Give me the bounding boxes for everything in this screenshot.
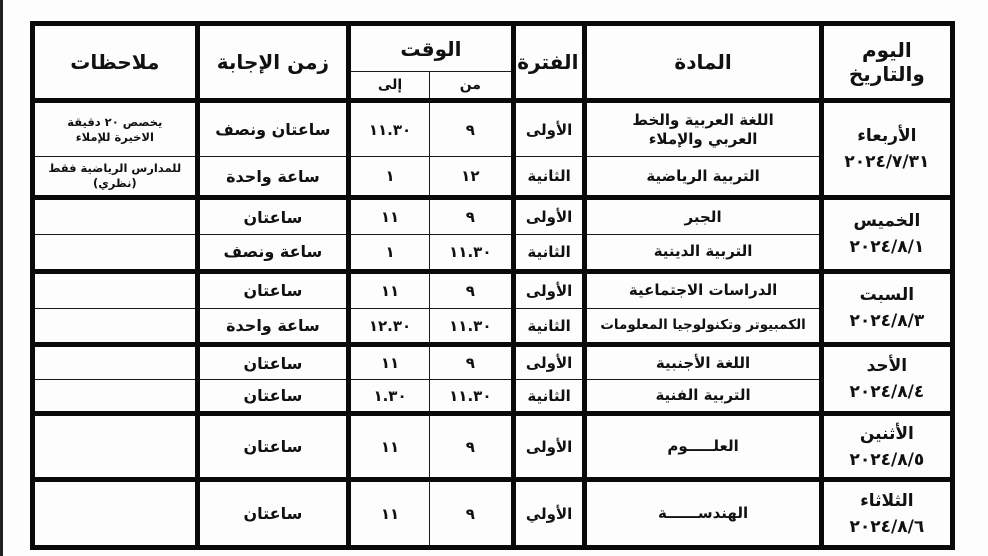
period-cell: الأولى	[513, 413, 585, 479]
duration-cell: ساعتان	[197, 480, 348, 548]
exam-schedule-table: اليوم والتاريخ المادة الفترة الوقت زمن ا…	[30, 21, 955, 550]
note-cell	[33, 480, 198, 548]
header-period: الفترة	[513, 24, 585, 101]
subject-cell: اللغة الأجنبية	[585, 345, 821, 380]
duration-cell: ساعتان	[197, 413, 348, 479]
day-cell: الأثنين٢٠٢٤/٨/٥	[821, 413, 952, 479]
table-row: الأثنين٢٠٢٤/٨/٥ العلـــــوم الأولى ٩ ١١ …	[33, 413, 953, 479]
subject-cell: الكمبيوتر وتكنولوجيا المعلومات	[585, 308, 821, 345]
header-time: الوقت	[349, 24, 514, 72]
from-cell: ٩	[429, 101, 513, 157]
table-row: التربية الرياضية الثانية ١٢ ١ ساعة واحدة…	[33, 157, 953, 198]
subject-cell: التربية الفنية	[585, 380, 821, 414]
table-row: السبت٢٠٢٤/٨/٣ الدراسات الاجتماعية الأولى…	[33, 271, 953, 308]
table-row: التربية الدينية الثانية ١١.٣٠ ١ ساعة ونص…	[33, 234, 953, 271]
note-cell	[33, 380, 198, 414]
subject-cell: الدراسات الاجتماعية	[585, 271, 821, 308]
duration-cell: ساعتان ونصف	[197, 101, 348, 157]
duration-cell: ساعتان	[197, 198, 348, 235]
duration-cell: ساعة واحدة	[197, 157, 348, 198]
header-from: من	[429, 72, 513, 101]
from-cell: ٩	[429, 271, 513, 308]
day-cell: الأحد٢٠٢٤/٨/٤	[821, 345, 952, 414]
header-day-date: اليوم والتاريخ	[821, 24, 952, 101]
from-cell: ١١.٣٠	[429, 380, 513, 414]
period-cell: الثانية	[513, 308, 585, 345]
day-cell: الخميس٢٠٢٤/٨/١	[821, 198, 952, 272]
period-cell: الثانية	[513, 157, 585, 198]
duration-cell: ساعة ونصف	[197, 234, 348, 271]
to-cell: ١١	[349, 198, 430, 235]
from-cell: ٩	[429, 345, 513, 380]
header-duration: زمن الإجابة	[197, 24, 348, 101]
header-notes: ملاحظات	[33, 24, 198, 101]
note-cell: يخصص ٢٠ دقيقة الاخيرة للإملاء	[33, 101, 198, 157]
to-cell: ١١	[349, 413, 430, 479]
note-cell	[33, 345, 198, 380]
table-row: الخميس٢٠٢٤/٨/١ الجبر الأولى ٩ ١١ ساعتان	[33, 198, 953, 235]
subject-cell: التربية الرياضية	[585, 157, 821, 198]
note-cell	[33, 308, 198, 345]
note-cell	[33, 234, 198, 271]
header-subject: المادة	[585, 24, 821, 101]
from-cell: ١١.٣٠	[429, 308, 513, 345]
subject-cell: الهندســــــة	[585, 480, 821, 548]
subject-cell: الجبر	[585, 198, 821, 235]
subject-cell: العلـــــوم	[585, 413, 821, 479]
to-cell: ١١	[349, 480, 430, 548]
note-cell	[33, 413, 198, 479]
day-cell: الأربعاء٢٠٢٤/٧/٣١	[821, 101, 952, 198]
day-cell: السبت٢٠٢٤/٨/٣	[821, 271, 952, 345]
from-cell: ٩	[429, 480, 513, 548]
period-cell: الأولى	[513, 101, 585, 157]
scan-edge	[0, 0, 3, 556]
subject-cell: اللغة العربية والخط العربي والإملاء	[585, 101, 821, 157]
to-cell: ١١	[349, 345, 430, 380]
to-cell: ١	[349, 234, 430, 271]
note-cell	[33, 271, 198, 308]
document-page: اليوم والتاريخ المادة الفترة الوقت زمن ا…	[0, 0, 988, 556]
header-to: إلى	[349, 72, 430, 101]
table-row: الكمبيوتر وتكنولوجيا المعلومات الثانية ١…	[33, 308, 953, 345]
to-cell: ١١.٣٠	[349, 101, 430, 157]
to-cell: ١٢.٣٠	[349, 308, 430, 345]
note-cell	[33, 198, 198, 235]
day-cell: الثلاثاء٢٠٢٤/٨/٦	[821, 480, 952, 548]
duration-cell: ساعة واحدة	[197, 308, 348, 345]
from-cell: ٩	[429, 198, 513, 235]
period-cell: الثانية	[513, 234, 585, 271]
table-row: الأحد٢٠٢٤/٨/٤ اللغة الأجنبية الأولى ٩ ١١…	[33, 345, 953, 380]
to-cell: ١١	[349, 271, 430, 308]
period-cell: الأولى	[513, 271, 585, 308]
to-cell: ١	[349, 157, 430, 198]
period-cell: الأولى	[513, 198, 585, 235]
duration-cell: ساعتان	[197, 271, 348, 308]
note-cell: للمدارس الرياضية فقط (نظري)	[33, 157, 198, 198]
from-cell: ٩	[429, 413, 513, 479]
table-row: التربية الفنية الثانية ١١.٣٠ ١.٣٠ ساعتان	[33, 380, 953, 414]
to-cell: ١.٣٠	[349, 380, 430, 414]
period-cell: الثانية	[513, 380, 585, 414]
period-cell: الأولي	[513, 480, 585, 548]
period-cell: الأولى	[513, 345, 585, 380]
from-cell: ١١.٣٠	[429, 234, 513, 271]
duration-cell: ساعتان	[197, 345, 348, 380]
table-row: الأربعاء٢٠٢٤/٧/٣١ اللغة العربية والخط ال…	[33, 101, 953, 157]
subject-cell: التربية الدينية	[585, 234, 821, 271]
duration-cell: ساعتان	[197, 380, 348, 414]
table-row: الثلاثاء٢٠٢٤/٨/٦ الهندســــــة الأولي ٩ …	[33, 480, 953, 548]
from-cell: ١٢	[429, 157, 513, 198]
